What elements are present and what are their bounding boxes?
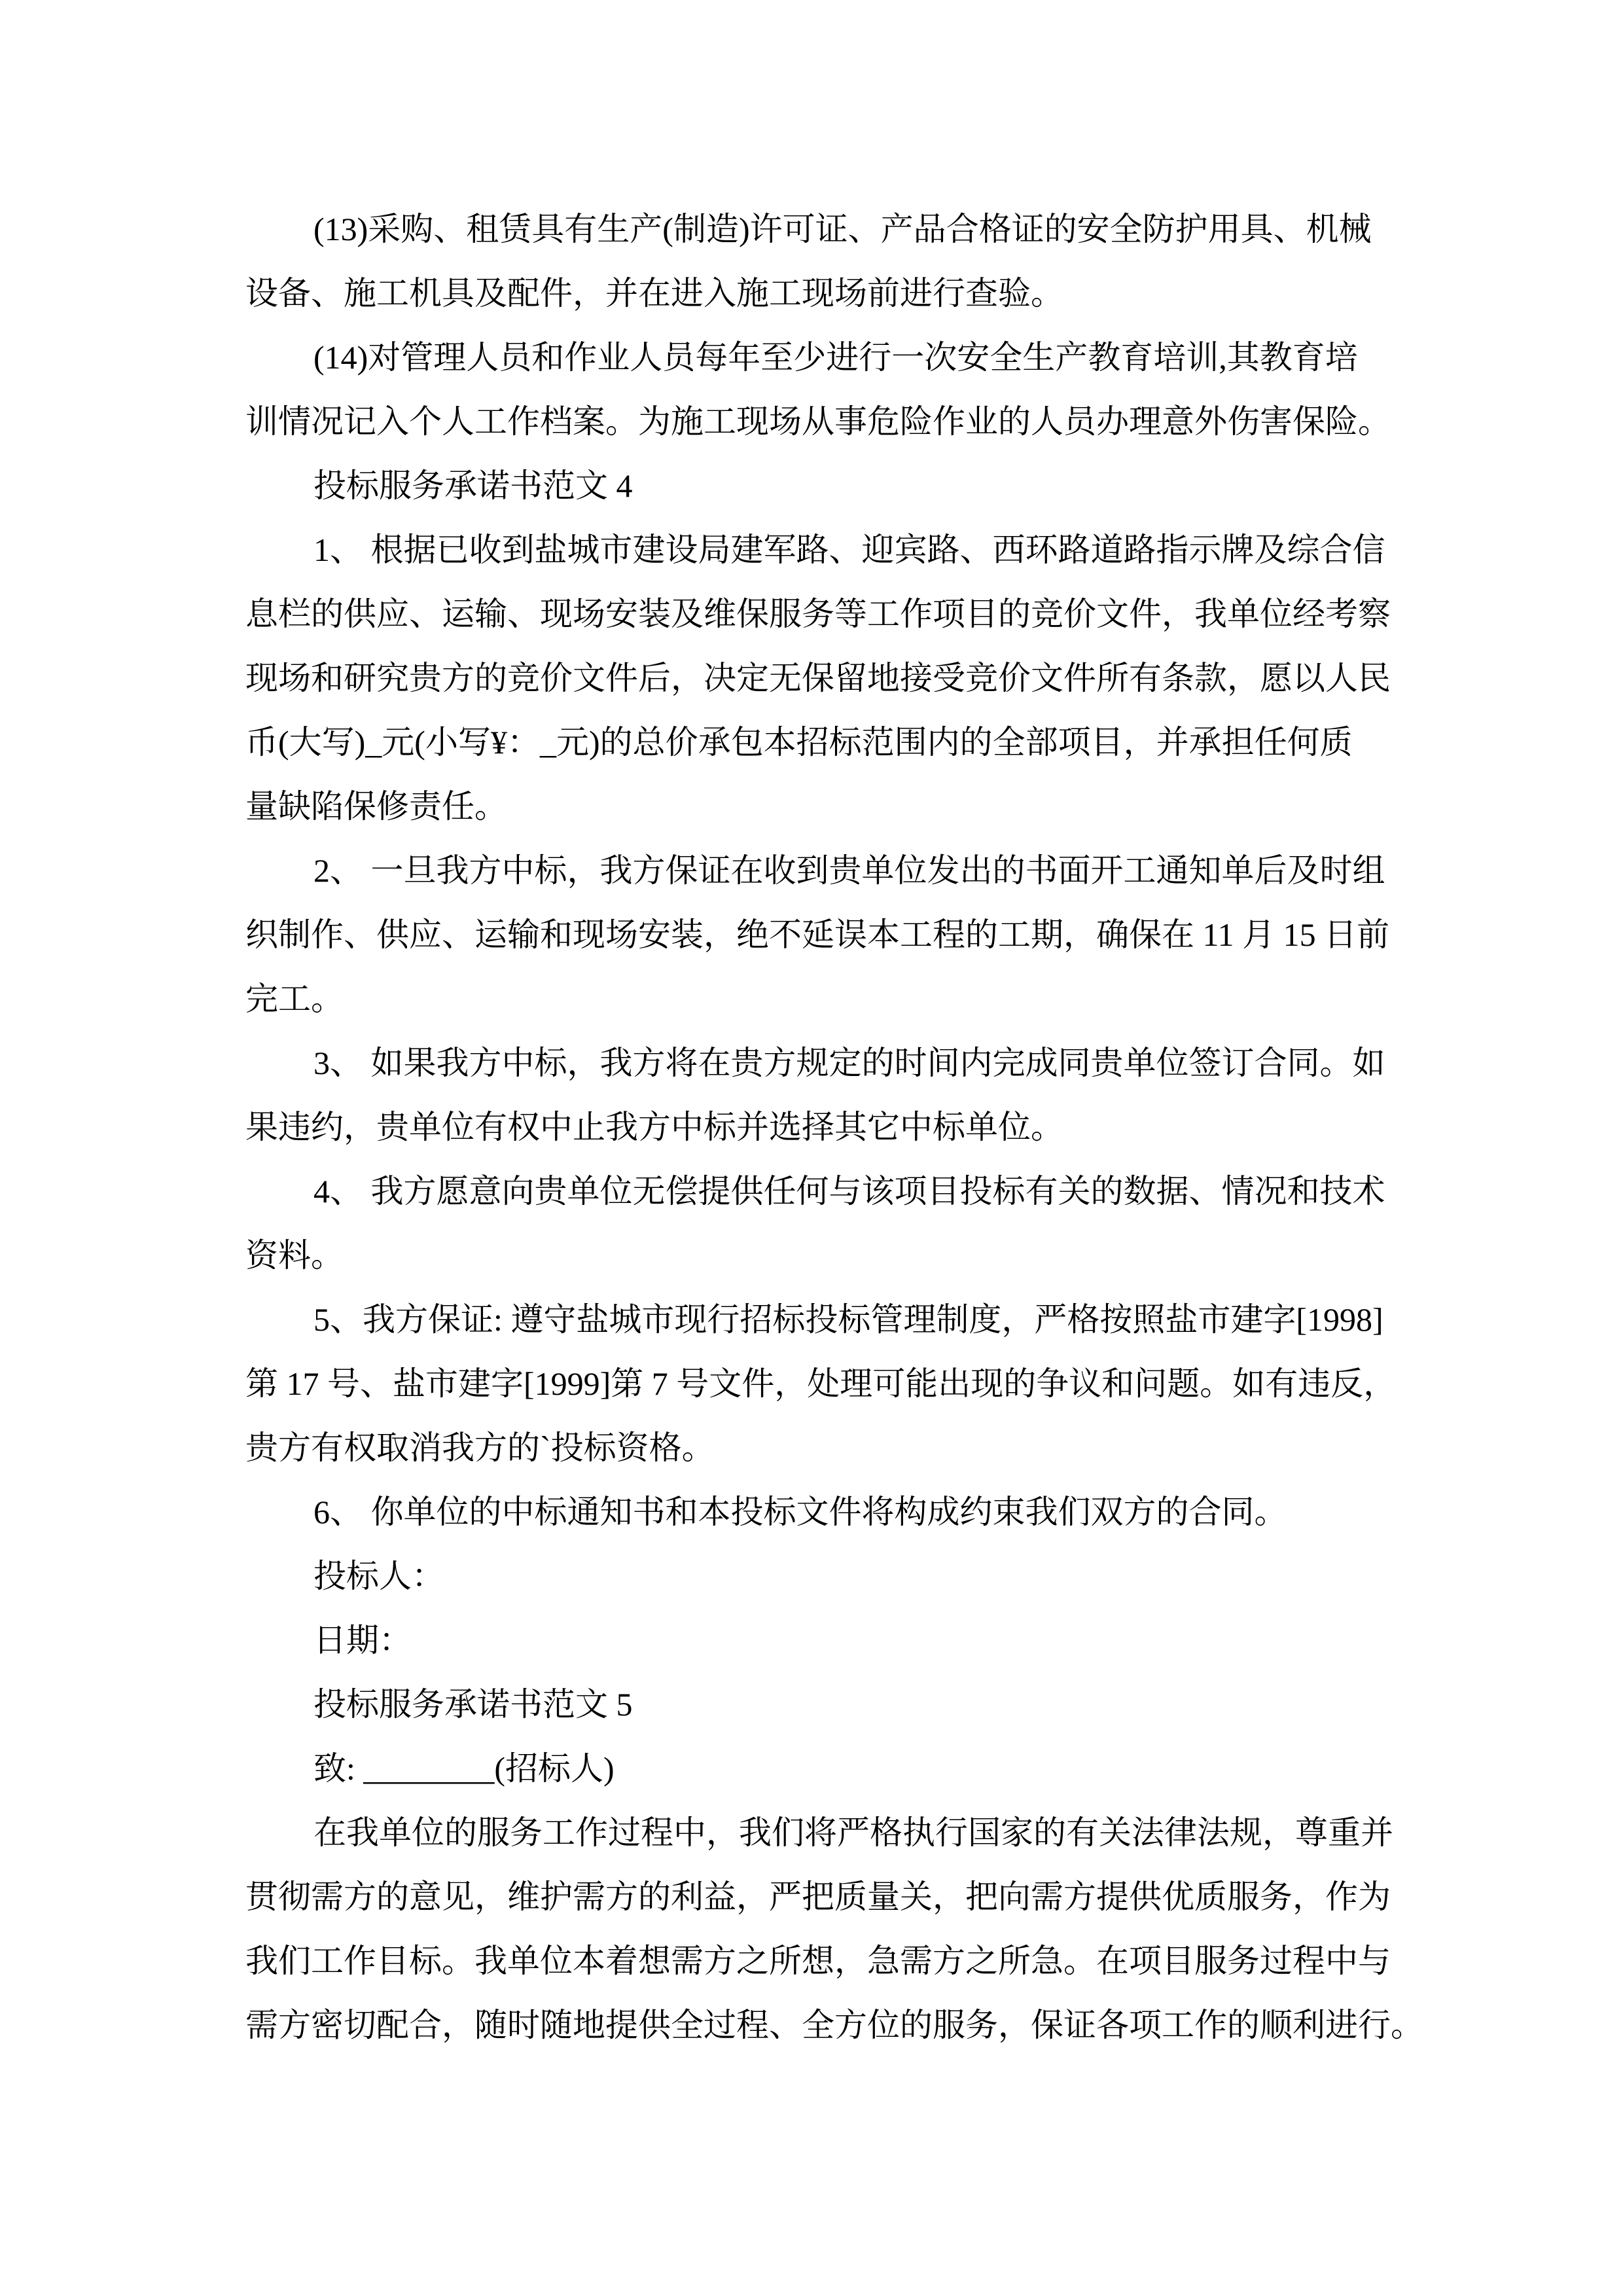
document-line: 3、 如果我方中标，我方将在贵方规定的时间内完成同贵单位签订合同。如 <box>245 1031 1417 1095</box>
document-line: 息栏的供应、运输、现场安装及维保服务等工作项目的竞价文件，我单位经考察 <box>245 582 1417 646</box>
document-line: 现场和研究贵方的竞价文件后，决定无保留地接受竞价文件所有条款，愿以人民 <box>245 646 1417 710</box>
document-body: (13)采购、租赁具有生产(制造)许可证、产品合格证的安全防护用具、机械设备、施… <box>245 197 1417 2057</box>
document-page: (13)采购、租赁具有生产(制造)许可证、产品合格证的安全防护用具、机械设备、施… <box>0 0 1623 2296</box>
document-line: 第 17 号、盐市建字[1999]第 7 号文件，处理可能出现的争议和问题。如有… <box>245 1352 1417 1416</box>
document-line: 日期： <box>245 1608 1417 1672</box>
document-line: 我们工作目标。我单位本着想需方之所想，急需方之所急。在项目服务过程中与 <box>245 1929 1417 1993</box>
document-line: 致: ________(招标人) <box>245 1736 1417 1801</box>
document-line: 织制作、供应、运输和现场安装，绝不延误本工程的工期，确保在 11 月 15 日前 <box>245 903 1417 967</box>
document-line: 投标服务承诺书范文 5 <box>245 1672 1417 1736</box>
document-line: 资料。 <box>245 1223 1417 1287</box>
document-line: 投标服务承诺书范文 4 <box>245 454 1417 518</box>
document-line: 4、 我方愿意向贵单位无偿提供任何与该项目投标有关的数据、情况和技术 <box>245 1159 1417 1223</box>
document-line: 贵方有权取消我方的`投标资格。 <box>245 1416 1417 1480</box>
document-line: 在我单位的服务工作过程中，我们将严格执行国家的有关法律法规，尊重并 <box>245 1801 1417 1865</box>
document-line: 币(大写)_元(小写¥：_元)的总价承包本招标范围内的全部项目，并承担任何质 <box>245 710 1417 774</box>
document-line: 完工。 <box>245 967 1417 1031</box>
document-line: 贯彻需方的意见，维护需方的利益，严把质量关，把向需方提供优质服务，作为 <box>245 1865 1417 1929</box>
document-line: (13)采购、租赁具有生产(制造)许可证、产品合格证的安全防护用具、机械 <box>245 197 1417 261</box>
document-line: (14)对管理人员和作业人员每年至少进行一次安全生产教育培训,其教育培 <box>245 325 1417 389</box>
document-line: 5、我方保证: 遵守盐城市现行招标投标管理制度，严格按照盐市建字[1998] <box>245 1287 1417 1352</box>
document-line: 6、 你单位的中标通知书和本投标文件将构成约束我们双方的合同。 <box>245 1480 1417 1544</box>
document-line: 投标人： <box>245 1544 1417 1608</box>
document-line: 设备、施工机具及配件，并在进入施工现场前进行查验。 <box>245 261 1417 325</box>
document-line: 2、 一旦我方中标，我方保证在收到贵单位发出的书面开工通知单后及时组 <box>245 838 1417 903</box>
document-line: 训情况记入个人工作档案。为施工现场从事危险作业的人员办理意外伤害保险。 <box>245 389 1417 454</box>
document-line: 量缺陷保修责任。 <box>245 774 1417 838</box>
document-line: 1、 根据已收到盐城市建设局建军路、迎宾路、西环路道路指示牌及综合信 <box>245 518 1417 582</box>
document-line: 需方密切配合，随时随地提供全过程、全方位的服务，保证各项工作的顺利进行。 <box>245 1993 1417 2057</box>
document-line: 果违约，贵单位有权中止我方中标并选择其它中标单位。 <box>245 1095 1417 1159</box>
